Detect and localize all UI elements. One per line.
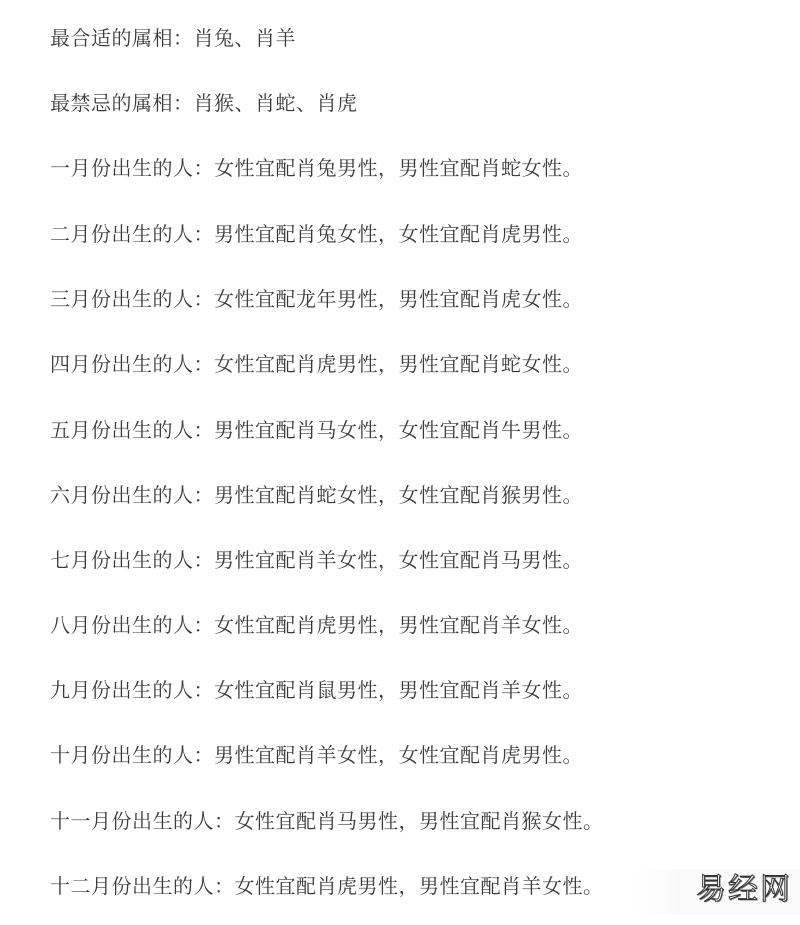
month-12-line: 十二月份出生的人：女性宜配肖虎男性，男性宜配肖羊女性。 <box>50 874 604 898</box>
month-8-line: 八月份出生的人：女性宜配肖虎男性，男性宜配肖羊女性。 <box>50 613 583 637</box>
month-3-line: 三月份出生的人：女性宜配龙年男性，男性宜配肖虎女性。 <box>50 287 583 311</box>
month-1-line: 一月份出生的人：女性宜配肖兔男性，男性宜配肖蛇女性。 <box>50 156 583 180</box>
best-match-zodiac: 最合适的属相：肖兔、肖羊 <box>50 26 296 50</box>
site-watermark: 易经网 <box>696 873 792 907</box>
month-4-line: 四月份出生的人：女性宜配肖虎男性，男性宜配肖蛇女性。 <box>50 352 583 376</box>
month-5-line: 五月份出生的人：男性宜配肖马女性，女性宜配肖牛男性。 <box>50 418 583 442</box>
month-7-line: 七月份出生的人：男性宜配肖羊女性，女性宜配肖马男性。 <box>50 548 583 572</box>
month-9-line: 九月份出生的人：女性宜配肖鼠男性，男性宜配肖羊女性。 <box>50 678 583 702</box>
forbidden-zodiac: 最禁忌的属相：肖猴、肖蛇、肖虎 <box>50 91 358 115</box>
month-6-line: 六月份出生的人：男性宜配肖蛇女性，女性宜配肖猴男性。 <box>50 483 583 507</box>
month-2-line: 二月份出生的人：男性宜配肖兔女性，女性宜配肖虎男性。 <box>50 222 583 246</box>
month-11-line: 十一月份出生的人：女性宜配肖马男性，男性宜配肖猴女性。 <box>50 809 604 833</box>
month-10-line: 十月份出生的人：男性宜配肖羊女性，女性宜配肖虎男性。 <box>50 743 583 767</box>
